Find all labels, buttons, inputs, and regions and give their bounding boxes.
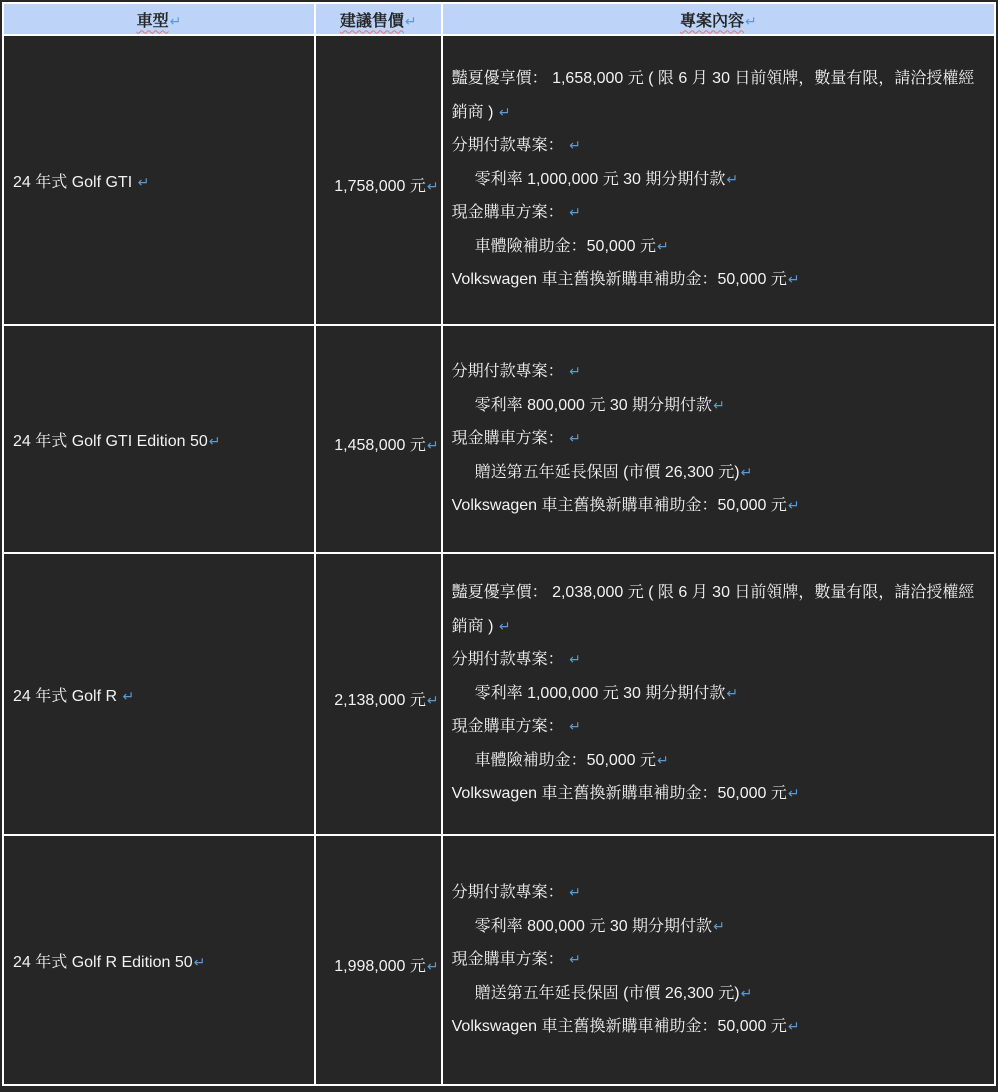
header-label-price: 建議售價 bbox=[340, 8, 404, 31]
return-mark-icon: ↵ bbox=[788, 497, 800, 513]
return-mark-icon: ↵ bbox=[569, 718, 581, 734]
model-name: 24 年式 Golf GTI Edition 50 bbox=[13, 433, 208, 450]
return-mark-icon: ↵ bbox=[657, 238, 669, 254]
header-row: 車型↵ 建議售價↵ 專案內容↵ bbox=[3, 3, 995, 35]
offer-line: Volkswagen 車主舊換新購車補助金：50,000 元↵ bbox=[452, 1010, 986, 1044]
header-cell-price[interactable]: 建議售價↵ bbox=[315, 3, 442, 35]
offer-line: 零利率 800,000 元 30 期分期付款↵ bbox=[452, 910, 986, 944]
offer-line: 車體險補助金：50,000 元↵ bbox=[452, 230, 986, 264]
offer-cell[interactable]: 豔夏優享價： 1,658,000 元 ( 限 6 月 30 日前領牌，數量有限，… bbox=[442, 35, 995, 325]
model-name: 24 年式 Golf GTI bbox=[13, 174, 137, 191]
table-row: 24 年式 Golf GTI ↵ 1,758,000 元↵ 豔夏優享價： 1,6… bbox=[3, 35, 995, 325]
price-cell[interactable]: 2,138,000 元↵ bbox=[315, 553, 442, 835]
return-mark-icon: ↵ bbox=[138, 174, 150, 190]
header-cell-model[interactable]: 車型↵ bbox=[3, 3, 315, 35]
model-name: 24 年式 Golf R bbox=[13, 688, 121, 705]
return-mark-icon: ↵ bbox=[427, 178, 439, 194]
offer-line: 現金購車方案： ↵ bbox=[452, 943, 986, 977]
price-value: 1,458,000 元 bbox=[334, 437, 426, 454]
offer-line: Volkswagen 車主舊換新購車補助金：50,000 元↵ bbox=[452, 263, 986, 297]
return-mark-icon: ↵ bbox=[499, 618, 511, 634]
offer-line: 贈送第五年延長保固 (市價 26,300 元)↵ bbox=[452, 977, 986, 1011]
return-mark-icon: ↵ bbox=[122, 688, 134, 704]
offer-line: 現金購車方案： ↵ bbox=[452, 710, 986, 744]
return-mark-icon: ↵ bbox=[745, 13, 757, 29]
return-mark-icon: ↵ bbox=[569, 363, 581, 379]
offer-line: 分期付款專案： ↵ bbox=[452, 876, 986, 910]
return-mark-icon: ↵ bbox=[726, 171, 738, 187]
return-mark-icon: ↵ bbox=[569, 430, 581, 446]
model-cell[interactable]: 24 年式 Golf R Edition 50↵ bbox=[3, 835, 315, 1085]
model-cell[interactable]: 24 年式 Golf GTI Edition 50↵ bbox=[3, 325, 315, 553]
return-mark-icon: ↵ bbox=[657, 752, 669, 768]
model-cell[interactable]: 24 年式 Golf GTI ↵ bbox=[3, 35, 315, 325]
price-cell[interactable]: 1,458,000 元↵ bbox=[315, 325, 442, 553]
model-cell[interactable]: 24 年式 Golf R ↵ bbox=[3, 553, 315, 835]
offer-line: 分期付款專案： ↵ bbox=[452, 355, 986, 389]
return-mark-icon: ↵ bbox=[788, 785, 800, 801]
price-cell[interactable]: 1,758,000 元↵ bbox=[315, 35, 442, 325]
price-value: 2,138,000 元 bbox=[334, 692, 426, 709]
return-mark-icon: ↵ bbox=[788, 1018, 800, 1034]
return-mark-icon: ↵ bbox=[427, 958, 439, 974]
return-mark-icon: ↵ bbox=[741, 985, 753, 1001]
return-mark-icon: ↵ bbox=[726, 685, 738, 701]
offer-line: 零利率 1,000,000 元 30 期分期付款↵ bbox=[452, 677, 986, 711]
header-label-model: 車型 bbox=[137, 8, 169, 31]
promotion-table: 車型↵ 建議售價↵ 專案內容↵ 24 年式 Golf GTI ↵ 1,758,0… bbox=[2, 2, 996, 1086]
offer-line: 零利率 1,000,000 元 30 期分期付款↵ bbox=[452, 163, 986, 197]
table-row: 24 年式 Golf GTI Edition 50↵ 1,458,000 元↵ … bbox=[3, 325, 995, 553]
return-mark-icon: ↵ bbox=[741, 464, 753, 480]
offer-line: Volkswagen 車主舊換新購車補助金：50,000 元↵ bbox=[452, 489, 986, 523]
return-mark-icon: ↵ bbox=[170, 13, 182, 29]
offer-line: 現金購車方案： ↵ bbox=[452, 196, 986, 230]
offer-line: 現金購車方案： ↵ bbox=[452, 422, 986, 456]
return-mark-icon: ↵ bbox=[499, 104, 511, 120]
table-row: 24 年式 Golf R ↵ 2,138,000 元↵ 豔夏優享價： 2,038… bbox=[3, 553, 995, 835]
price-cell[interactable]: 1,998,000 元↵ bbox=[315, 835, 442, 1085]
table-row: 24 年式 Golf R Edition 50↵ 1,998,000 元↵ 分期… bbox=[3, 835, 995, 1085]
offer-cell[interactable]: 豔夏優享價： 2,038,000 元 ( 限 6 月 30 日前領牌，數量有限，… bbox=[442, 553, 995, 835]
offer-line: Volkswagen 車主舊換新購車補助金：50,000 元↵ bbox=[452, 777, 986, 811]
offer-cell[interactable]: 分期付款專案： ↵ 零利率 800,000 元 30 期分期付款↵ 現金購車方案… bbox=[442, 325, 995, 553]
price-value: 1,758,000 元 bbox=[334, 178, 426, 195]
offer-line: 分期付款專案： ↵ bbox=[452, 643, 986, 677]
return-mark-icon: ↵ bbox=[788, 271, 800, 287]
offer-line: 豔夏優享價： 1,658,000 元 ( 限 6 月 30 日前領牌，數量有限，… bbox=[452, 63, 986, 129]
header-cell-offers[interactable]: 專案內容↵ bbox=[442, 3, 995, 35]
return-mark-icon: ↵ bbox=[427, 437, 439, 453]
return-mark-icon: ↵ bbox=[713, 397, 725, 413]
return-mark-icon: ↵ bbox=[427, 692, 439, 708]
offer-line: 贈送第五年延長保固 (市價 26,300 元)↵ bbox=[452, 456, 986, 490]
return-mark-icon: ↵ bbox=[569, 204, 581, 220]
header-label-offers: 專案內容 bbox=[680, 8, 744, 31]
offer-line: 車體險補助金：50,000 元↵ bbox=[452, 744, 986, 778]
return-mark-icon: ↵ bbox=[569, 884, 581, 900]
return-mark-icon: ↵ bbox=[405, 13, 417, 29]
offer-line: 分期付款專案： ↵ bbox=[452, 129, 986, 163]
return-mark-icon: ↵ bbox=[569, 651, 581, 667]
offer-cell[interactable]: 分期付款專案： ↵ 零利率 800,000 元 30 期分期付款↵ 現金購車方案… bbox=[442, 835, 995, 1085]
model-name: 24 年式 Golf R Edition 50 bbox=[13, 954, 193, 971]
return-mark-icon: ↵ bbox=[194, 954, 206, 970]
offer-line: 零利率 800,000 元 30 期分期付款↵ bbox=[452, 389, 986, 423]
return-mark-icon: ↵ bbox=[713, 918, 725, 934]
offer-line: 豔夏優享價： 2,038,000 元 ( 限 6 月 30 日前領牌，數量有限，… bbox=[452, 577, 986, 643]
return-mark-icon: ↵ bbox=[569, 137, 581, 153]
return-mark-icon: ↵ bbox=[209, 433, 221, 449]
return-mark-icon: ↵ bbox=[569, 951, 581, 967]
price-value: 1,998,000 元 bbox=[334, 958, 426, 975]
